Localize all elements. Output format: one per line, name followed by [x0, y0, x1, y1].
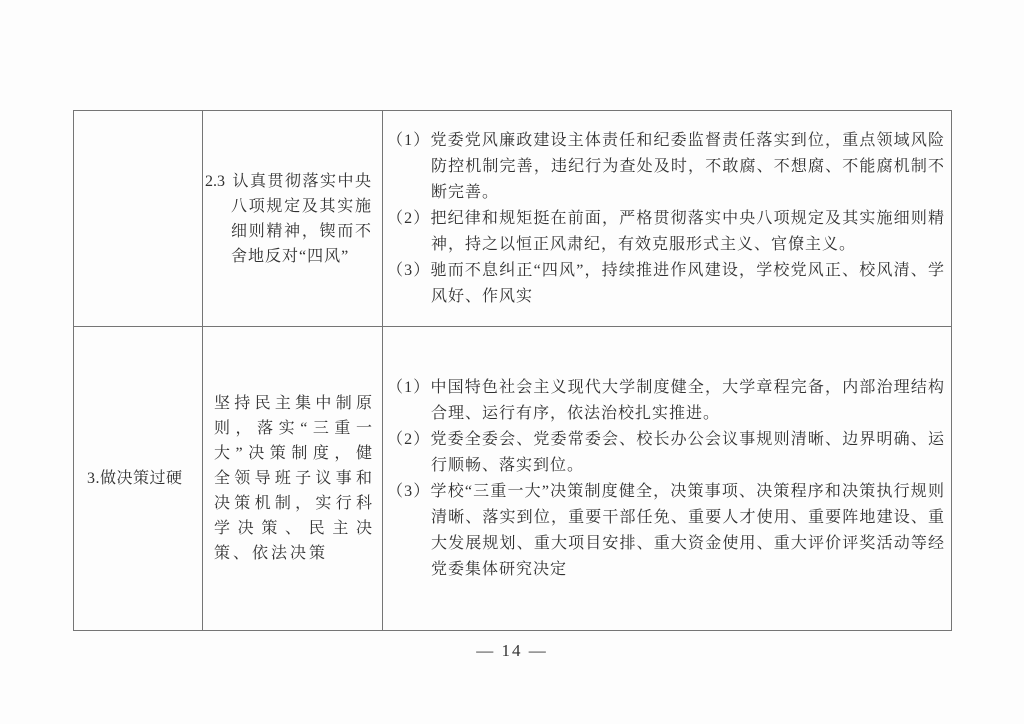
criterion-item: （3）学校“三重一大”决策制度健全，决策事项、决策程序和决策执行规则清晰、落实到… — [387, 479, 945, 583]
criterion-item: （1）中国特色社会主义现代大学制度健全，大学章程完备，内部治理结构合理、运行有序… — [387, 375, 945, 427]
criterion-item: （2）把纪律和规矩挺在前面，严格贯彻落实中央八项规定及其实施细则精神，持之以恒正… — [387, 206, 945, 258]
table-row: 3.做决策过硬 坚持民主集中制原则，落实“三重一大”决策制度，健全领导班子议事和… — [74, 327, 952, 631]
criterion-text: 党委全委会、党委常委会、校长办公会议事规则清晰、边界明确、运行顺畅、落实到位。 — [430, 431, 945, 474]
criterion-number: （1） — [387, 132, 430, 149]
criterion-number: （2） — [387, 210, 430, 227]
table-row: 2.3认真贯彻落实中央八项规定及其实施细则精神，锲而不舍地反对“四风” （1）党… — [74, 111, 952, 327]
category-label: 3.做决策过硬 — [87, 470, 183, 487]
criterion-text: 党委党风廉政建设主体责任和纪委监督责任落实到位，重点领域风险防控机制完善，违纪行… — [430, 132, 945, 201]
category-cell — [74, 111, 203, 327]
criterion-item: （1）党委党风廉政建设主体责任和纪委监督责任落实到位，重点领域风险防控机制完善，… — [387, 128, 945, 206]
item-paragraph: 2.3认真贯彻落实中央八项规定及其实施细则精神，锲而不舍地反对“四风” — [205, 169, 372, 269]
item-text: 认真贯彻落实中央八项规定及其实施细则精神，锲而不舍地反对“四风” — [231, 173, 372, 265]
criterion-text: 学校“三重一大”决策制度健全，决策事项、决策程序和决策执行规则清晰、落实到位，重… — [431, 483, 945, 578]
item-paragraph: 坚持民主集中制原则，落实“三重一大”决策制度，健全领导班子议事和决策机制，实行科… — [214, 391, 375, 566]
criterion-item: （3）驰而不息纠正“四风”，持续推进作风建设，学校党风正、校风清、学风好、作风实 — [387, 258, 945, 310]
page-number: — 14 — — [476, 641, 548, 660]
criterion-text: 把纪律和规矩挺在前面，严格贯彻落实中央八项规定及其实施细则精神，持之以恒正风肃纪… — [430, 210, 945, 253]
criteria-cell: （1）中国特色社会主义现代大学制度健全，大学章程完备，内部治理结构合理、运行有序… — [383, 327, 952, 631]
item-cell: 坚持民主集中制原则，落实“三重一大”决策制度，健全领导班子议事和决策机制，实行科… — [203, 327, 383, 631]
page-footer: — 14 — — [0, 641, 1024, 661]
criterion-text: 中国特色社会主义现代大学制度健全，大学章程完备，内部治理结构合理、运行有序，依法… — [430, 379, 945, 422]
criterion-number: （3） — [387, 262, 431, 279]
document-page: 2.3认真贯彻落实中央八项规定及其实施细则精神，锲而不舍地反对“四风” （1）党… — [0, 0, 1024, 724]
criterion-number: （1） — [387, 379, 430, 396]
item-number: 2.3 — [205, 173, 225, 190]
item-text: 坚持民主集中制原则，落实“三重一大”决策制度，健全领导班子议事和决策机制，实行科… — [214, 395, 375, 562]
criterion-number: （3） — [387, 483, 431, 500]
assessment-table: 2.3认真贯彻落实中央八项规定及其实施细则精神，锲而不舍地反对“四风” （1）党… — [73, 110, 952, 631]
criteria-cell: （1）党委党风廉政建设主体责任和纪委监督责任落实到位，重点领域风险防控机制完善，… — [383, 111, 952, 327]
criterion-item: （2）党委全委会、党委常委会、校长办公会议事规则清晰、边界明确、运行顺畅、落实到… — [387, 427, 945, 479]
criterion-number: （2） — [387, 431, 430, 448]
category-cell: 3.做决策过硬 — [74, 327, 203, 631]
item-cell: 2.3认真贯彻落实中央八项规定及其实施细则精神，锲而不舍地反对“四风” — [203, 111, 383, 327]
criterion-text: 驰而不息纠正“四风”，持续推进作风建设，学校党风正、校风清、学风好、作风实 — [431, 262, 945, 305]
